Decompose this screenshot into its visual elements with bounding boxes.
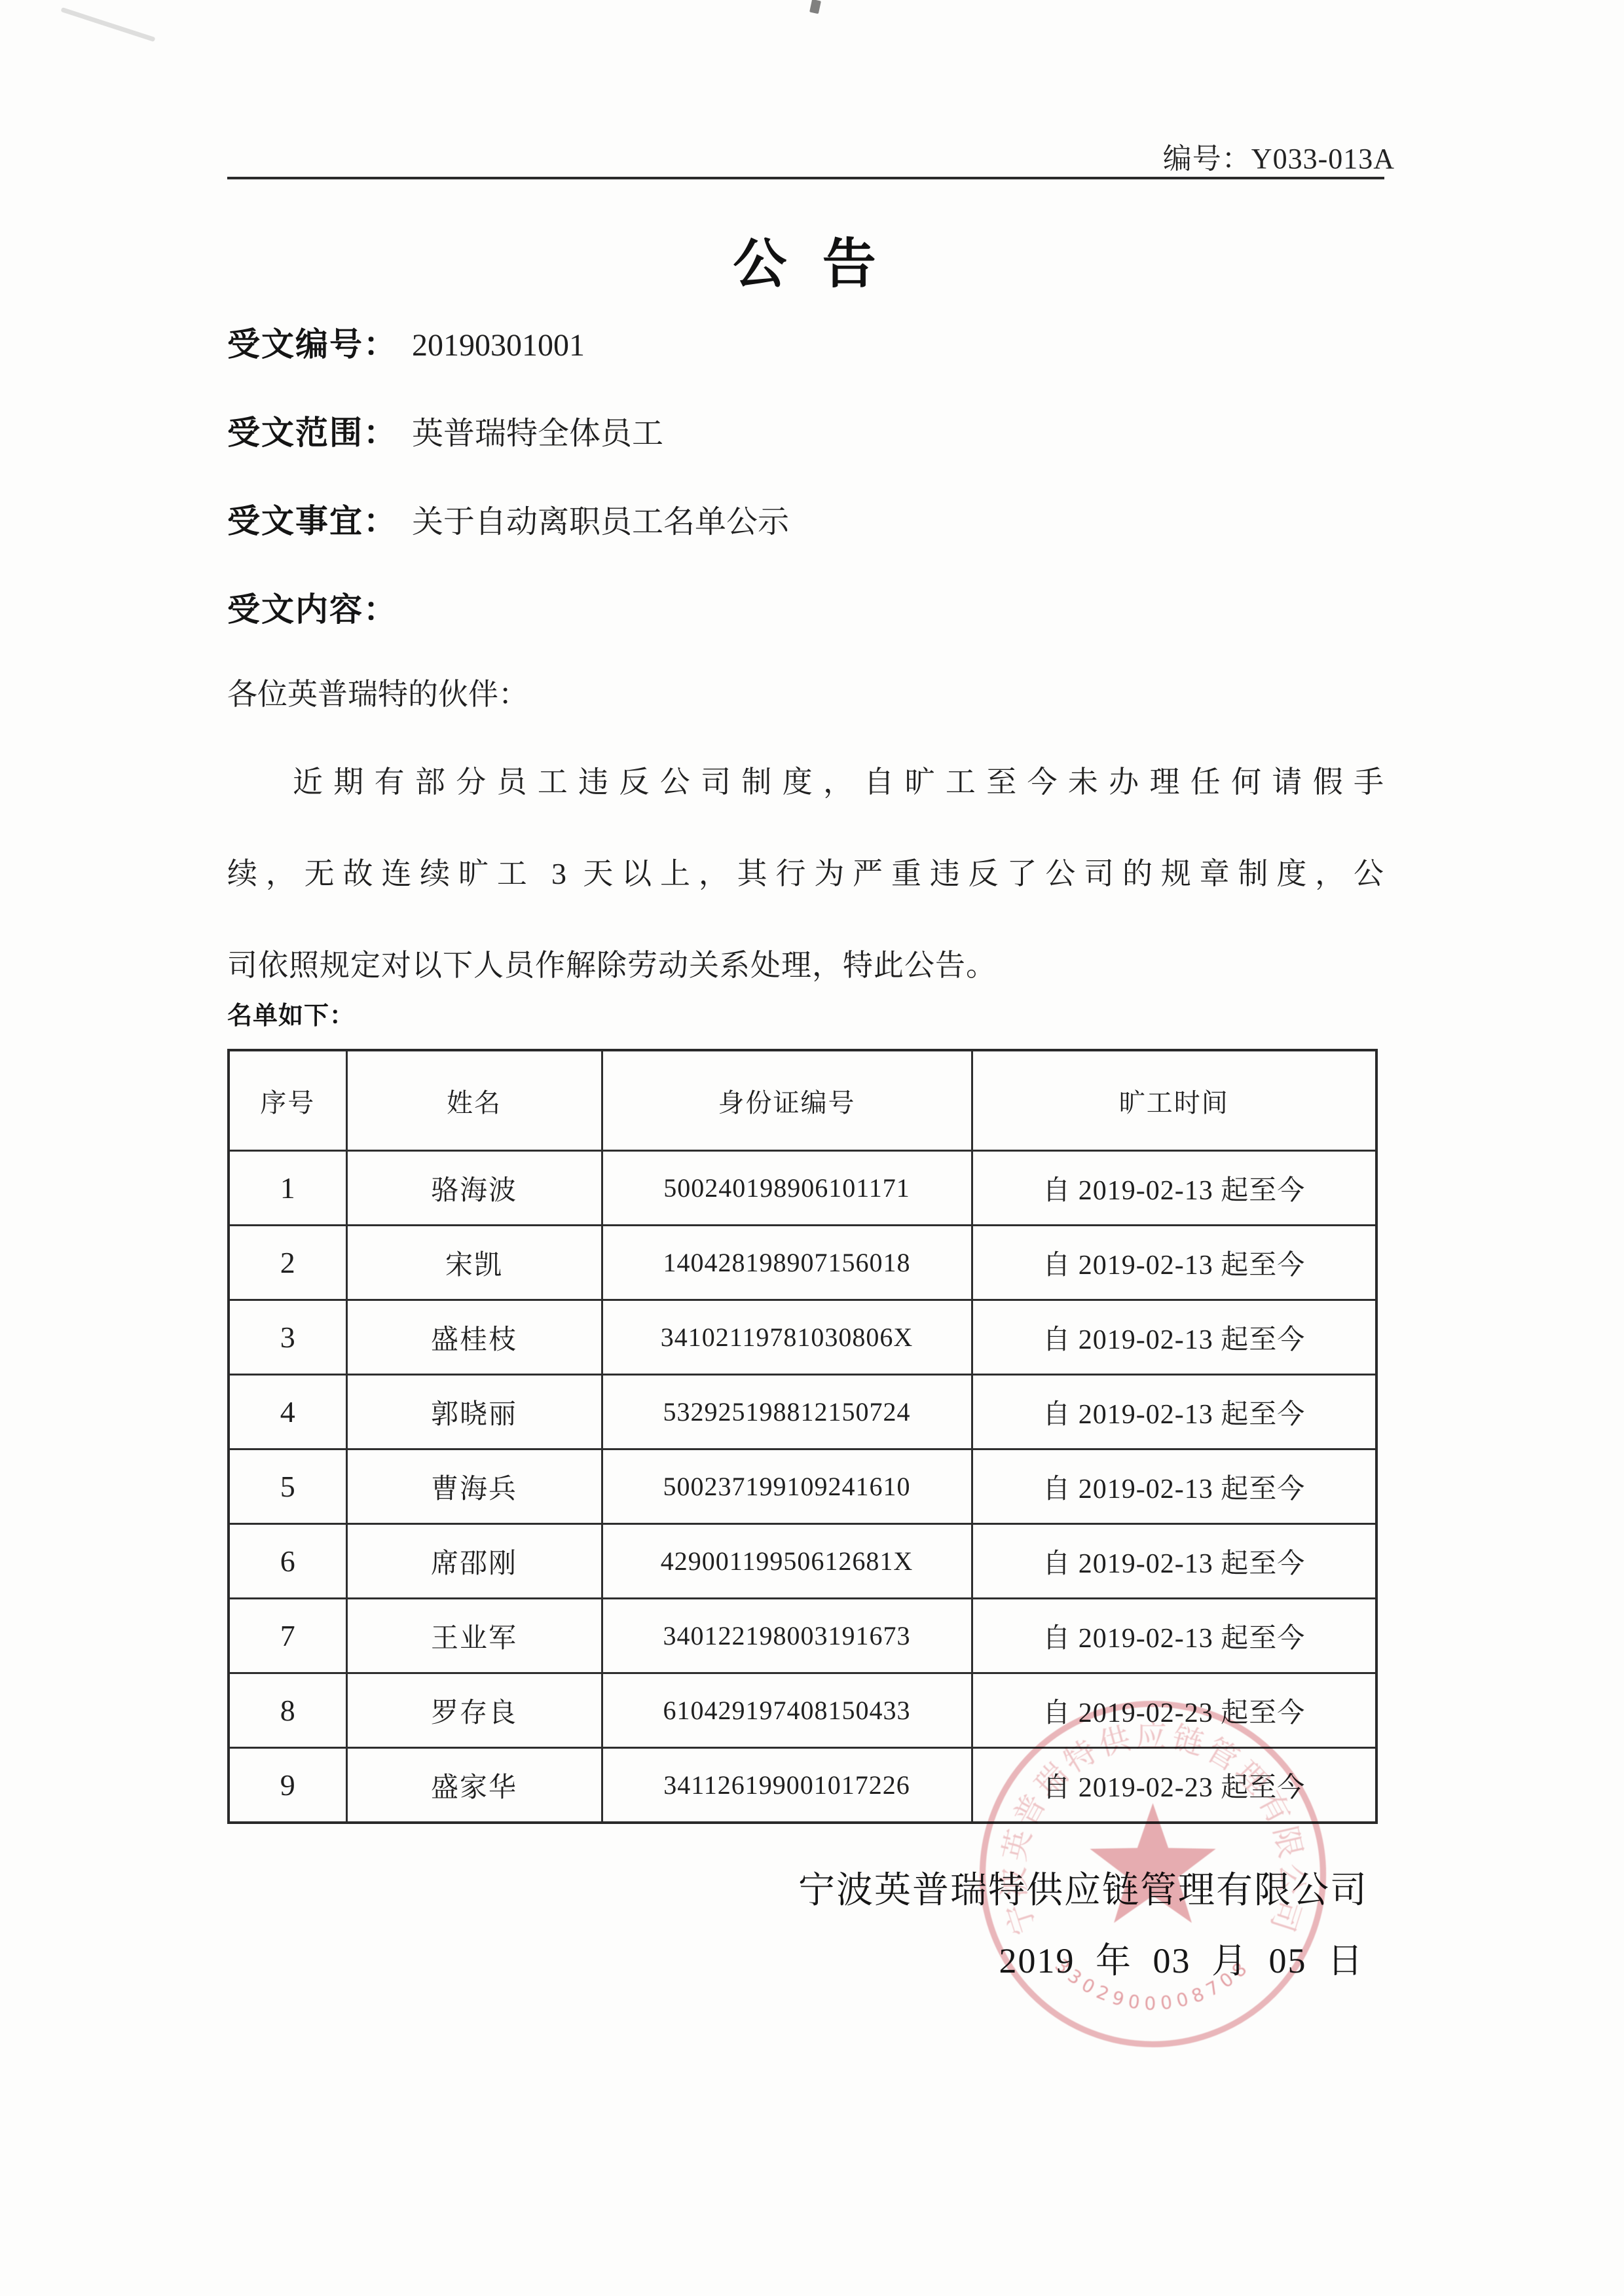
cell-name: 盛家华 xyxy=(346,1748,602,1823)
table-row: 5 曹海兵 500237199109241610 自 2019-02-13 起至… xyxy=(229,1449,1376,1524)
table-row: 2 宋凯 140428198907156018 自 2019-02-13 起至今 xyxy=(229,1226,1376,1300)
field-label: 受文范围： xyxy=(227,414,397,451)
cell-id: 610429197408150433 xyxy=(602,1673,972,1748)
field-label: 受文编号： xyxy=(227,326,397,363)
cell-absence-time: 自 2019-02-23 起至今 xyxy=(972,1748,1376,1823)
header-rule xyxy=(227,177,1384,179)
cell-seq: 8 xyxy=(229,1673,346,1748)
cell-absence-time: 自 2019-02-13 起至今 xyxy=(972,1300,1376,1375)
cell-name: 骆海波 xyxy=(346,1151,602,1226)
table-row: 7 王业军 340122198003191673 自 2019-02-13 起至… xyxy=(229,1599,1376,1673)
cell-seq: 7 xyxy=(229,1599,346,1673)
cell-absence-time: 自 2019-02-13 起至今 xyxy=(972,1449,1376,1524)
doc-number: 编号：Y033-013A xyxy=(1163,135,1395,177)
cell-id: 140428198907156018 xyxy=(602,1226,972,1300)
cell-seq: 5 xyxy=(229,1449,346,1524)
cell-absence-time: 自 2019-02-13 起至今 xyxy=(972,1524,1376,1599)
header-seq: 序号 xyxy=(229,1050,346,1151)
body-line-3: 司依照规定对以下人员作解除劳动关系处理，特此公告。 xyxy=(227,941,1384,985)
roster-table: 序号 姓名 身份证编号 旷工时间 1 骆海波 50024019890610117… xyxy=(227,1049,1378,1824)
cell-name: 郭晓丽 xyxy=(346,1375,602,1449)
cell-name: 曹海兵 xyxy=(346,1449,602,1524)
cell-name: 席邵刚 xyxy=(346,1524,602,1599)
cell-absence-time: 自 2019-02-13 起至今 xyxy=(972,1375,1376,1449)
list-intro: 名单如下： xyxy=(227,995,355,1031)
cell-seq: 3 xyxy=(229,1300,346,1375)
header-absence-time: 旷工时间 xyxy=(972,1050,1376,1151)
cell-name: 盛桂枝 xyxy=(346,1300,602,1375)
scanned-announcement-page: 编号：Y033-013A 公 告 受文编号：20190301001 受文范围：英… xyxy=(0,0,1624,2296)
salutation: 各位英普瑞特的伙伴： xyxy=(227,670,528,714)
field-content: 受文内容： xyxy=(227,583,412,630)
cell-name: 王业军 xyxy=(346,1599,602,1673)
cell-seq: 6 xyxy=(229,1524,346,1599)
cell-absence-time: 自 2019-02-13 起至今 xyxy=(972,1226,1376,1300)
cell-name: 罗存良 xyxy=(346,1673,602,1748)
table-row: 1 骆海波 500240198906101171 自 2019-02-13 起至… xyxy=(229,1151,1376,1226)
issue-date: 2019 年 03 月 05 日 xyxy=(999,1933,1365,1983)
field-value: 英普瑞特全体员工 xyxy=(412,416,663,451)
scan-artifact xyxy=(61,7,156,42)
cell-id: 341126199001017226 xyxy=(602,1748,972,1823)
table-row: 6 席邵刚 42900119950612681X 自 2019-02-13 起至… xyxy=(229,1524,1376,1599)
cell-name: 宋凯 xyxy=(346,1226,602,1300)
cell-id: 340122198003191673 xyxy=(602,1599,972,1673)
company-signature: 宁波英普瑞特供应链管理有限公司 xyxy=(798,1861,1368,1914)
cell-seq: 1 xyxy=(229,1151,346,1226)
field-scope: 受文范围：英普瑞特全体员工 xyxy=(227,407,663,454)
body-line-2: 续，无故连续旷工 3 天以上，其行为严重违反了公司的规章制度，公 xyxy=(227,850,1384,893)
cell-id: 532925198812150724 xyxy=(602,1375,972,1449)
cell-absence-time: 自 2019-02-23 起至今 xyxy=(972,1673,1376,1748)
table-header-row: 序号 姓名 身份证编号 旷工时间 xyxy=(229,1050,1376,1151)
cell-seq: 2 xyxy=(229,1226,346,1300)
field-value: 关于自动离职员工名单公示 xyxy=(412,505,789,539)
scan-artifact xyxy=(809,0,821,14)
table-row: 8 罗存良 610429197408150433 自 2019-02-23 起至… xyxy=(229,1673,1376,1748)
table-row: 9 盛家华 341126199001017226 自 2019-02-23 起至… xyxy=(229,1748,1376,1823)
cell-absence-time: 自 2019-02-13 起至今 xyxy=(972,1599,1376,1673)
header-name: 姓名 xyxy=(346,1050,602,1151)
cell-seq: 4 xyxy=(229,1375,346,1449)
cell-id: 500240198906101171 xyxy=(602,1151,972,1226)
table-row: 4 郭晓丽 532925198812150724 自 2019-02-13 起至… xyxy=(229,1375,1376,1449)
field-value: 20190301001 xyxy=(412,328,585,363)
field-doc-id: 受文编号：20190301001 xyxy=(227,318,585,365)
field-label: 受文内容： xyxy=(227,591,397,628)
field-subject: 受文事宜：关于自动离职员工名单公示 xyxy=(227,495,789,542)
cell-id: 500237199109241610 xyxy=(602,1449,972,1524)
cell-seq: 9 xyxy=(229,1748,346,1823)
cell-id: 42900119950612681X xyxy=(602,1524,972,1599)
body-line-1: 近期有部分员工违反公司制度，自旷工至今未办理任何请假手 xyxy=(227,758,1384,801)
table-row: 3 盛桂枝 34102119781030806X 自 2019-02-13 起至… xyxy=(229,1300,1376,1375)
cell-id: 34102119781030806X xyxy=(602,1300,972,1375)
field-label: 受文事宜： xyxy=(227,503,397,539)
cell-absence-time: 自 2019-02-13 起至今 xyxy=(972,1151,1376,1226)
page-title: 公 告 xyxy=(227,221,1384,298)
header-id: 身份证编号 xyxy=(602,1050,972,1151)
